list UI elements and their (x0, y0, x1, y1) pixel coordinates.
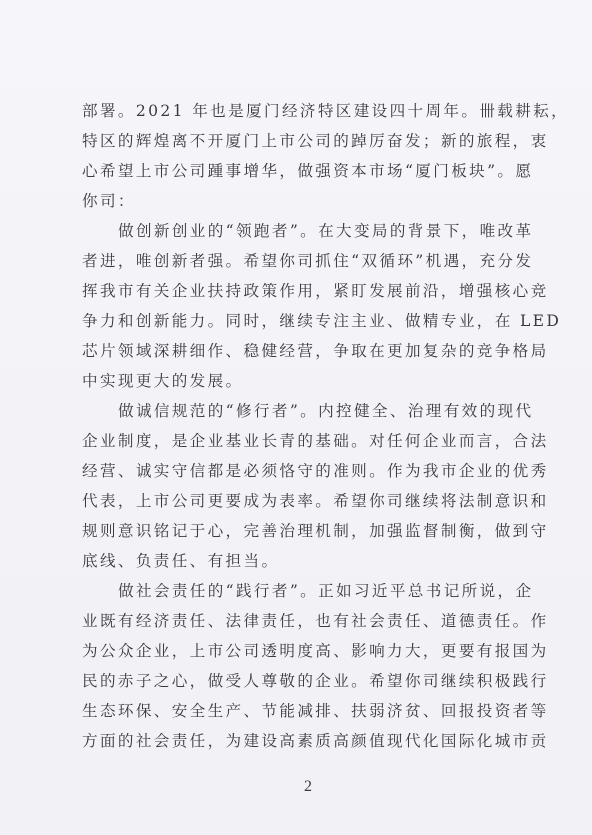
text-line: 争力和创新能力。同时，继续专注主业、做精专业，在 LED (82, 306, 514, 336)
text-line: 芯片领域深耕细作、稳健经营，争取在更加复杂的竞争格局 (82, 336, 514, 366)
paragraph-1: 部署。2021 年也是厦门经济特区建设四十周年。卌载耕耘， 特区的辉煌离不开厦门… (82, 96, 514, 216)
text-line: 企业制度，是企业基业长青的基础。对任何企业而言，合法 (82, 426, 514, 456)
text-line: 部署。2021 年也是厦门经济特区建设四十周年。卌载耕耘， (82, 96, 514, 126)
text-line: 代表，上市公司更要成为表率。希望你司继续将法制意识和 (82, 486, 514, 516)
text-line: 者进，唯创新者强。希望你司抓住“双循环”机遇，充分发 (82, 246, 514, 276)
paragraph-integrity: 做诚信规范的“修行者”。内控健全、治理有效的现代 企业制度，是企业基业长青的基础… (82, 396, 514, 576)
text-line: 中实现更大的发展。 (82, 366, 514, 396)
paragraph-social-responsibility: 做社会责任的“践行者”。正如习近平总书记所说，企 业既有经济责任、法律责任，也有… (82, 576, 514, 756)
text-line: 底线、负责任、有担当。 (82, 546, 514, 576)
text-line: 民的赤子之心，做受人尊敬的企业。希望你司继续积极践行 (82, 666, 514, 696)
document-page: 部署。2021 年也是厦门经济特区建设四十周年。卌载耕耘， 特区的辉煌离不开厦门… (0, 0, 592, 835)
text-line: 规则意识铭记于心，完善治理机制，加强监督制衡，做到守 (82, 516, 514, 546)
text-line: 做创新创业的“领跑者”。在大变局的背景下，唯改革 (82, 216, 514, 246)
text-line: 你司： (82, 186, 514, 216)
text-line: 做社会责任的“践行者”。正如习近平总书记所说，企 (82, 576, 514, 606)
text-line: 业既有经济责任、法律责任，也有社会责任、道德责任。作 (82, 606, 514, 636)
text-line: 方面的社会责任，为建设高素质高颜值现代化国际化城市贡 (82, 726, 514, 756)
paragraph-innovation: 做创新创业的“领跑者”。在大变局的背景下，唯改革 者进，唯创新者强。希望你司抓住… (82, 216, 514, 396)
text-line: 为公众企业，上市公司透明度高、影响力大，更要有报国为 (82, 636, 514, 666)
text-line: 特区的辉煌离不开厦门上市公司的踔厉奋发；新的旅程，衷 (82, 126, 514, 156)
text-line: 心希望上市公司踵事增华，做强资本市场“厦门板块”。愿 (82, 156, 514, 186)
text-line: 挥我市有关企业扶持政策作用，紧盯发展前沿，增强核心竞 (82, 276, 514, 306)
text-line: 生态环保、安全生产、节能减排、扶弱济贫、回报投资者等 (82, 696, 514, 726)
text-line: 经营、诚实守信都是必须恪守的准则。作为我市企业的优秀 (82, 456, 514, 486)
text-line: 做诚信规范的“修行者”。内控健全、治理有效的现代 (82, 396, 514, 426)
document-body: 部署。2021 年也是厦门经济特区建设四十周年。卌载耕耘， 特区的辉煌离不开厦门… (82, 96, 514, 756)
page-number: 2 (304, 778, 312, 796)
